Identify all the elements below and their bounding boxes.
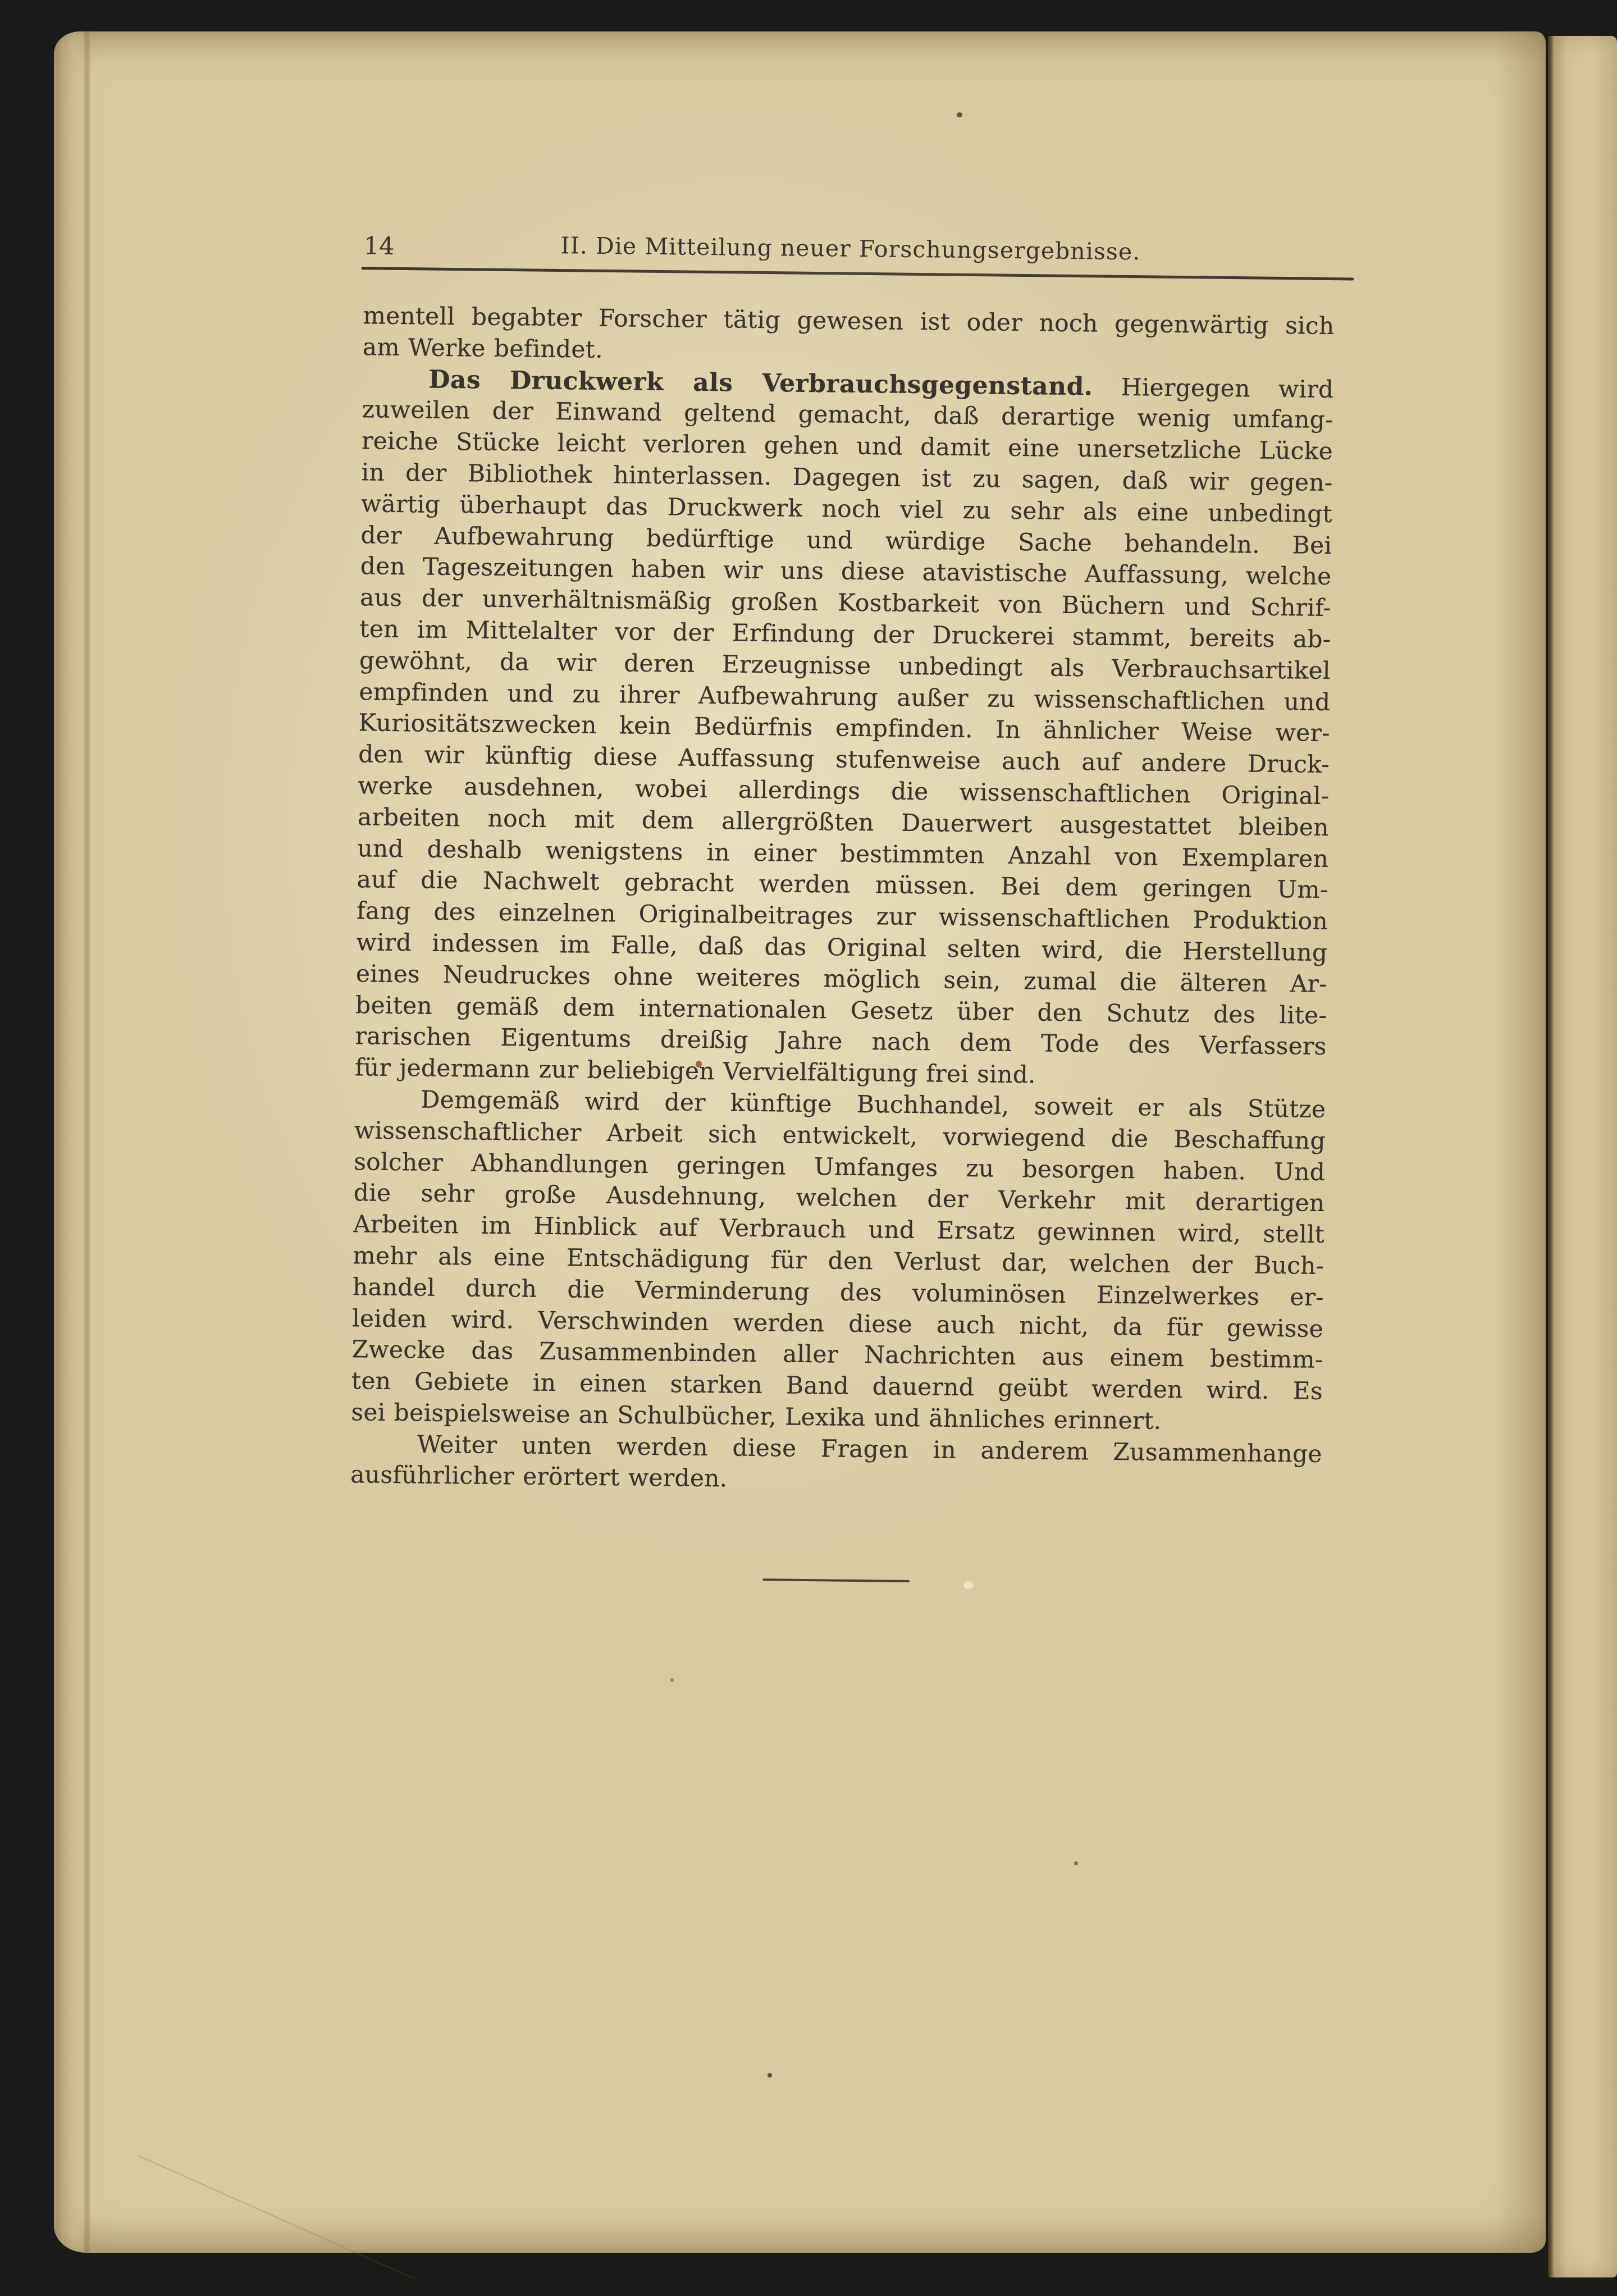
page-content: 14 II. Die Mitteilung neuer Forschungser…	[30, 31, 1546, 2268]
book-page: 14 II. Die Mitteilung neuer Forschungser…	[54, 31, 1546, 2253]
rust-spot	[696, 1061, 702, 1067]
paper-speck	[957, 112, 962, 117]
text-line-rest: Hiergegen wird	[1093, 373, 1333, 404]
paper-speck	[670, 1678, 674, 1682]
paper-fleck-light	[963, 1581, 974, 1589]
header-rule	[361, 267, 1354, 280]
paper-speck	[1074, 1861, 1078, 1865]
page-body-text: mentell begabter Forscher tätig gewesen …	[350, 300, 1335, 1501]
section-divider-rule	[762, 1578, 910, 1582]
paper-speck	[768, 2073, 772, 2078]
adjacent-page-edge	[1548, 36, 1617, 2277]
running-header: II. Die Mitteilung neuer Forschungsergeb…	[364, 230, 1337, 267]
scanned-book-page-photo: 14 II. Die Mitteilung neuer Forschungser…	[0, 0, 1617, 2296]
paragraph-lead-bold: Das Druckwerk als Verbrauchsgegenstand.	[428, 365, 1093, 401]
